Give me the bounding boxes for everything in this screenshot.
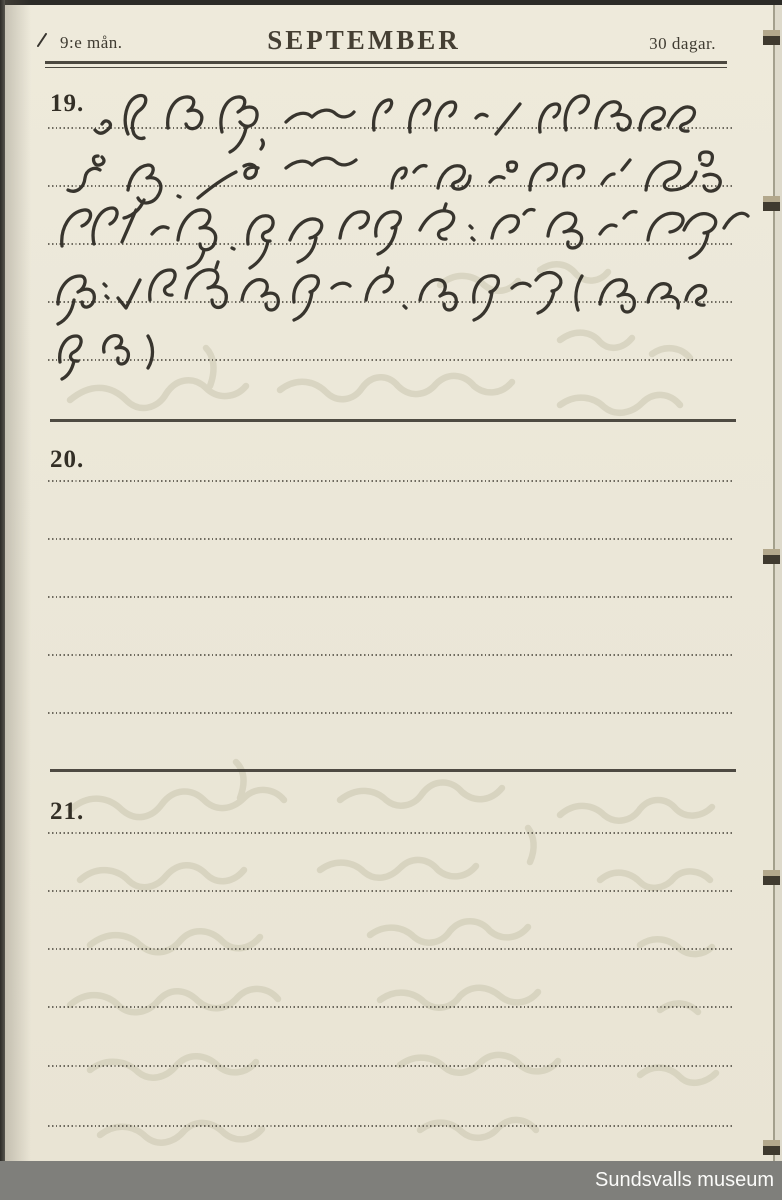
ruled-line bbox=[48, 127, 732, 129]
watermark-bar: Sundsvalls museum bbox=[0, 1161, 782, 1200]
binding-tab bbox=[763, 196, 780, 211]
section-separator bbox=[50, 769, 736, 772]
page-right-margin bbox=[775, 5, 782, 1161]
ruled-line bbox=[48, 712, 732, 714]
ruled-line bbox=[48, 596, 732, 598]
ruled-line bbox=[48, 1125, 732, 1127]
ruled-line bbox=[48, 654, 732, 656]
binding-shadow bbox=[5, 0, 31, 1200]
shorthand-writing-day19 bbox=[0, 0, 782, 1200]
ruled-line bbox=[48, 832, 732, 834]
ruled-line bbox=[48, 243, 732, 245]
ruled-line bbox=[48, 301, 732, 303]
ruled-line bbox=[48, 359, 732, 361]
ruled-line bbox=[48, 890, 732, 892]
bleed-through-writing bbox=[0, 0, 782, 1200]
binding-tab bbox=[763, 870, 780, 885]
header-days-count: 30 dagar. bbox=[649, 34, 716, 54]
ruled-line bbox=[48, 538, 732, 540]
header-double-rule bbox=[45, 61, 727, 68]
header-month-title: SEPTEMBER bbox=[0, 25, 728, 56]
day-label-19: 19. bbox=[50, 90, 84, 118]
binding-tab bbox=[763, 30, 780, 45]
ruled-line bbox=[48, 948, 732, 950]
diary-page-scan: 9:e mån. SEPTEMBER 30 dagar. 19. 20. 21. bbox=[0, 0, 782, 1200]
scan-edge-top bbox=[0, 0, 782, 5]
ruled-line bbox=[48, 1006, 732, 1008]
watermark-text: Sundsvalls museum bbox=[595, 1161, 774, 1200]
section-separator bbox=[50, 419, 736, 422]
day-label-21: 21. bbox=[50, 798, 84, 826]
binding-tab bbox=[763, 1140, 780, 1155]
ruled-line bbox=[48, 1065, 732, 1067]
ruled-line bbox=[48, 185, 732, 187]
binding-tab bbox=[763, 549, 780, 564]
ruled-line bbox=[48, 480, 732, 482]
day-label-20: 20. bbox=[50, 446, 84, 474]
